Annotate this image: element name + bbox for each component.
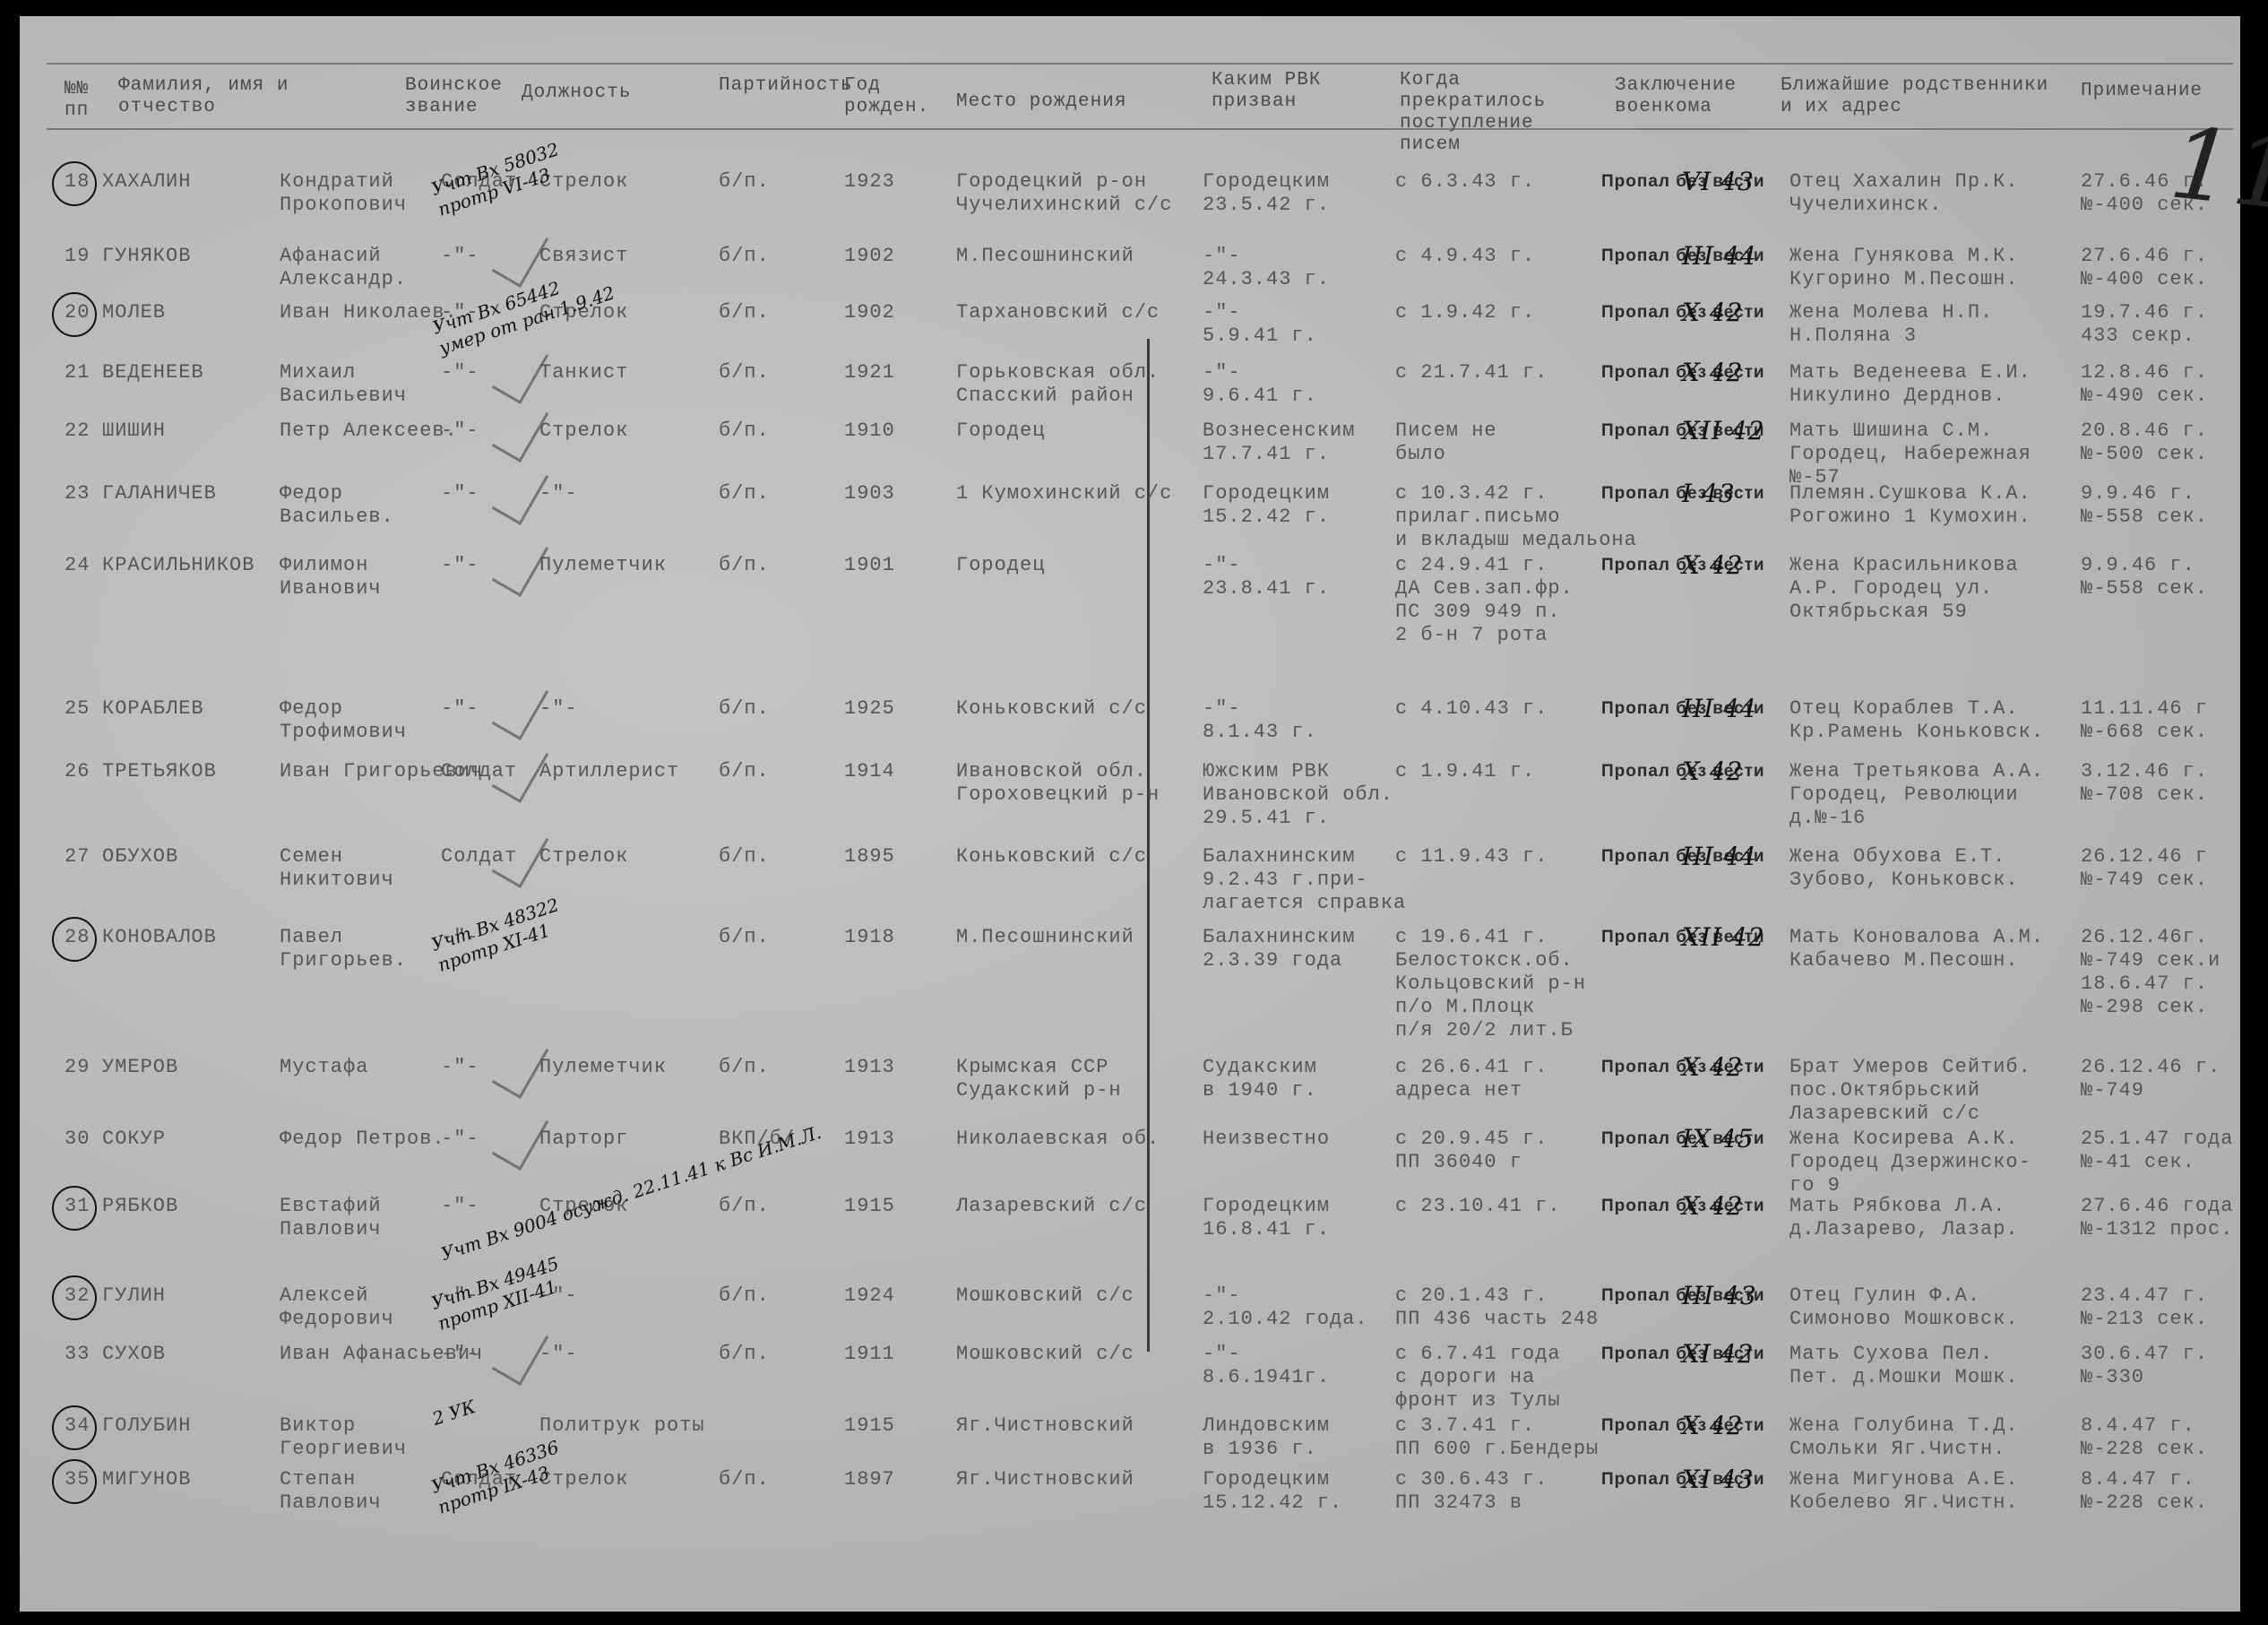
last-contact: с 6.7.41 года с дороги на фронт из Тулы xyxy=(1395,1343,1561,1413)
position: -"- xyxy=(539,1343,578,1366)
birthplace: Ивановской обл. Гороховецкий р-н xyxy=(956,760,1160,807)
note: 27.6.46 года №-1312 прос. xyxy=(2081,1195,2233,1241)
handwritten-mark: III 43 xyxy=(1682,1284,1757,1308)
position: -"- xyxy=(539,697,578,721)
surname: СОКУР xyxy=(102,1128,166,1151)
surname: ГУНЯКОВ xyxy=(102,245,191,268)
party: б/п. xyxy=(719,697,770,721)
birthplace: Коньковский с/с xyxy=(956,697,1147,721)
birth-year: 1897 xyxy=(844,1468,895,1491)
given-names: Павел Григорьев. xyxy=(280,926,407,972)
rank: -"- xyxy=(441,245,479,268)
last-contact: с 23.10.41 г. xyxy=(1395,1195,1561,1218)
relatives: Жена Гунякова М.К. Кугорино М.Песошн. xyxy=(1789,245,2019,291)
party: б/п. xyxy=(719,1056,770,1079)
called-by: Вознесенским 17.7.41 г. xyxy=(1203,419,1355,466)
birth-year: 1902 xyxy=(844,301,895,324)
called-by: Городецким 15.2.42 г. xyxy=(1203,482,1330,529)
given-names: Михаил Васильевич xyxy=(280,361,407,408)
note: 20.8.46 г. №-500 сек. xyxy=(2081,419,2208,466)
called-by: Городецким 16.8.41 г. xyxy=(1203,1195,1330,1241)
birth-year: 1902 xyxy=(844,245,895,268)
handwritten-annotation: Учт Вх 48322 протр XI-41 xyxy=(428,894,568,975)
note: 8.4.47 г. №-228 сек. xyxy=(2081,1468,2208,1515)
last-contact: с 4.10.43 г. xyxy=(1395,697,1548,721)
rank: -"- xyxy=(441,554,479,577)
surname: ГОЛУБИН xyxy=(102,1414,191,1438)
birth-year: 1918 xyxy=(844,926,895,949)
note: 25.1.47 года №-41 сек. xyxy=(2081,1128,2233,1174)
given-names: Кондратий Прокопович xyxy=(280,170,407,217)
handwritten-mark: III 44 xyxy=(1682,245,1757,268)
birthplace: 1 Кумохинский с/с xyxy=(956,482,1172,506)
header-party: Партийность xyxy=(719,75,817,97)
handwritten-annotation: Учт Вх 9004 осужд. 22.11.41 к Вс И.М.Л. xyxy=(438,1121,824,1265)
note: 19.7.46 г. 433 секр. xyxy=(2081,301,2208,348)
last-contact: с 20.1.43 г. ПП 436 часть 248 xyxy=(1395,1284,1599,1331)
last-contact: с 1.9.41 г. xyxy=(1395,760,1535,783)
surname: МИГУНОВ xyxy=(102,1468,191,1491)
position: Танкист xyxy=(539,361,628,385)
row-number: 22 xyxy=(65,419,90,443)
circled-number-mark xyxy=(52,1186,97,1231)
given-names: Федор Трофимович xyxy=(280,697,407,744)
circled-number-mark xyxy=(52,1459,97,1504)
handwritten-annotation: Учт Вх 46336 протр IX-43 xyxy=(428,1436,568,1517)
birthplace: Лазаревский с/с xyxy=(956,1195,1147,1218)
handwritten-mark: VI 43 xyxy=(1682,170,1755,194)
relatives: Племян.Сушкова К.А. Рогожино 1 Кумохин. xyxy=(1789,482,2031,529)
party: б/п. xyxy=(719,482,770,506)
handwritten-mark: X 42 xyxy=(1682,554,1743,577)
handwritten-mark: X 42 xyxy=(1682,1056,1743,1079)
birthplace: Мошковский с/с xyxy=(956,1343,1134,1366)
birth-year: 1925 xyxy=(844,697,895,721)
row-number: 30 xyxy=(65,1128,90,1151)
handwritten-mark: XII 42 xyxy=(1682,926,1765,949)
relatives: Жена Красильникова А.Р. Городец ул. Октя… xyxy=(1789,554,2019,624)
party: б/п. xyxy=(719,1284,770,1308)
handwritten-annotation: Учт Вх 49445 протр XII-41 xyxy=(428,1252,568,1334)
given-names: Виктор Георгиевич xyxy=(280,1414,407,1461)
relatives: Отец Кораблев Т.А. Кр.Рамень Коньковск. xyxy=(1789,697,2044,744)
given-names: Федор Петров. xyxy=(280,1128,445,1151)
party: б/п. xyxy=(719,419,770,443)
birthplace: М.Песошнинский xyxy=(956,245,1134,268)
surname: ВЕДЕНЕЕВ xyxy=(102,361,204,385)
relatives: Жена Голубина Т.Д. Смольки Яг.Чистн. xyxy=(1789,1414,2019,1461)
handwritten-mark: X 42 xyxy=(1682,1195,1743,1218)
given-names: Федор Васильев. xyxy=(280,482,394,529)
birthplace: Городец xyxy=(956,554,1045,577)
circled-number-mark xyxy=(52,1275,97,1320)
birthplace: Крымская ССР Судакский р-н xyxy=(956,1056,1122,1102)
given-names: Афанасий Александр. xyxy=(280,245,407,291)
handwritten-mark: XI 43 xyxy=(1682,1468,1755,1491)
surname: ГУЛИН xyxy=(102,1284,166,1308)
surname: КРАСИЛЬНИКОВ xyxy=(102,554,254,577)
relatives: Мать Веденеева Е.И. Никулино Дерднов. xyxy=(1789,361,2031,408)
relatives: Отец Хахалин Пр.К. Чучелихинск. xyxy=(1789,170,2019,217)
birthplace: Тархановский с/с xyxy=(956,301,1160,324)
called-by: -"- 9.6.41 г. xyxy=(1203,361,1317,408)
header-called-by: Каким РВК призван xyxy=(1212,70,1364,113)
note: 26.12.46 г. №-749 xyxy=(2081,1056,2221,1102)
last-contact: с 4.9.43 г. xyxy=(1395,245,1535,268)
party: б/п. xyxy=(719,170,770,194)
relatives: Жена Косирева А.К. Городец Дзержинско- г… xyxy=(1789,1128,2031,1197)
relatives: Мать Коновалова А.М. Кабачево М.Песошн. xyxy=(1789,926,2044,972)
header-relatives: Ближайшие родственники и их адрес xyxy=(1781,75,2049,118)
birth-year: 1910 xyxy=(844,419,895,443)
handwritten-mark: X 42 xyxy=(1682,361,1743,385)
surname: ГАЛАНИЧЕВ xyxy=(102,482,217,506)
row-number: 24 xyxy=(65,554,90,577)
called-by: Неизвестно xyxy=(1203,1128,1330,1151)
rank: -"- xyxy=(441,419,479,443)
relatives: Мать Сухова Пел. Пет. д.Мошки Мошк. xyxy=(1789,1343,2019,1389)
note: 27.6.46 г. №-400 сек. xyxy=(2081,170,2208,217)
birthplace: Городецкий р-он Чучелихинский с/с xyxy=(956,170,1172,217)
position: Пулеметчик xyxy=(539,554,667,577)
called-by: Судакским в 1940 г. xyxy=(1203,1056,1317,1102)
header-conclusion: Заключение военкома xyxy=(1615,75,1776,118)
called-by: Балахнинским 2.3.39 года xyxy=(1203,926,1355,972)
party: б/п. xyxy=(719,1343,770,1366)
note: 26.12.46г. №-749 сек.и 18.6.47 г. №-298 … xyxy=(2081,926,2221,1019)
rank: -"- xyxy=(441,1128,479,1151)
birthplace: М.Песошнинский xyxy=(956,926,1134,949)
surname: КОНОВАЛОВ xyxy=(102,926,217,949)
header-birthplace: Место рождения xyxy=(956,91,1162,113)
party: б/п. xyxy=(719,361,770,385)
header-bottom-rule xyxy=(47,128,2233,130)
rank: -"- xyxy=(441,1195,479,1218)
surname: УМЕРОВ xyxy=(102,1056,178,1079)
header-top-rule xyxy=(47,63,2233,65)
birthplace: Мошковский с/с xyxy=(956,1284,1134,1308)
last-contact: с 19.6.41 г. Белостокск.об. Кольцовский … xyxy=(1395,926,1586,1042)
header-num: №№ пп xyxy=(65,79,100,122)
circled-number-mark xyxy=(52,292,97,337)
last-contact: с 21.7.41 г. xyxy=(1395,361,1548,385)
birthplace: Городец xyxy=(956,419,1045,443)
surname: ТРЕТЬЯКОВ xyxy=(102,760,217,783)
position: Стрелок xyxy=(539,845,628,869)
called-by: Линдовским в 1936 г. xyxy=(1203,1414,1330,1461)
rank: -"- xyxy=(441,1056,479,1079)
birthplace: Николаевская об. xyxy=(956,1128,1160,1151)
called-by: -"- 8.1.43 г. xyxy=(1203,697,1317,744)
document-sheet: №№ пп Фамилия, имя и отчество Воинское з… xyxy=(20,16,2240,1612)
called-by: -"- 8.6.1941г. xyxy=(1203,1343,1330,1389)
given-names: Семен Никитович xyxy=(280,845,394,892)
header-position: Должность xyxy=(522,82,647,104)
birth-year: 1913 xyxy=(844,1056,895,1079)
party: б/п. xyxy=(719,554,770,577)
row-number: 27 xyxy=(65,845,90,869)
given-names: Филимон Иванович xyxy=(280,554,382,601)
birth-year: 1903 xyxy=(844,482,895,506)
circled-number-mark xyxy=(52,1405,97,1450)
surname: СУХОВ xyxy=(102,1343,166,1366)
rank: -"- xyxy=(441,361,479,385)
last-contact: с 6.3.43 г. xyxy=(1395,170,1535,194)
given-names: Степан Павлович xyxy=(280,1468,382,1515)
relatives: Мать Рябкова Л.А. д.Лазарево, Лазар. xyxy=(1789,1195,2019,1241)
called-by: Балахнинским 9.2.43 г.при- лагается спра… xyxy=(1203,845,1406,915)
last-contact: с 3.7.41 г. ПП 600 г.Бендеры xyxy=(1395,1414,1599,1461)
last-contact: с 20.9.45 г. ПП 36040 г xyxy=(1395,1128,1548,1174)
birth-year: 1915 xyxy=(844,1195,895,1218)
party: б/п. xyxy=(719,845,770,869)
called-by: -"- 5.9.41 г. xyxy=(1203,301,1317,348)
last-contact: с 1.9.42 г. xyxy=(1395,301,1535,324)
birth-year: 1924 xyxy=(844,1284,895,1308)
party: б/п. xyxy=(719,1468,770,1491)
position: Артиллерист xyxy=(539,760,679,783)
position: -"- xyxy=(539,482,578,506)
row-number: 26 xyxy=(65,760,90,783)
birthplace: Коньковский с/с xyxy=(956,845,1147,869)
note: 9.9.46 г. №-558 сек. xyxy=(2081,554,2208,601)
position: Связист xyxy=(539,245,628,268)
position: Пулеметчик xyxy=(539,1056,667,1079)
birthplace: Яг.Чистновский xyxy=(956,1414,1134,1438)
handwritten-annotation: Учт Вх 58032 протр VI-43 xyxy=(428,138,568,220)
birth-year: 1915 xyxy=(844,1414,895,1438)
note: 26.12.46 г №-749 сек. xyxy=(2081,845,2208,892)
given-names: Мустафа xyxy=(280,1056,368,1079)
last-contact: с 30.6.43 г. ПП 32473 в xyxy=(1395,1468,1548,1515)
row-number: 23 xyxy=(65,482,90,506)
handwritten-annotation: 2 УК xyxy=(429,1396,478,1430)
note: 23.4.47 г. №-213 сек. xyxy=(2081,1284,2208,1331)
party: б/п. xyxy=(719,926,770,949)
birth-year: 1921 xyxy=(844,361,895,385)
relatives: Жена Молева Н.П. Н.Поляна 3 xyxy=(1789,301,1993,348)
relatives: Жена Обухова Е.Т. Зубово, Коньковск. xyxy=(1789,845,2019,892)
handwritten-mark: X 42 xyxy=(1682,1414,1743,1438)
circled-number-mark xyxy=(52,917,97,962)
position: Политрук роты xyxy=(539,1414,705,1438)
relatives: Мать Шишина С.М. Городец, Набережная №-5… xyxy=(1789,419,2031,489)
last-contact: с 24.9.41 г. ДА Сев.зап.фр. ПС 309 949 п… xyxy=(1395,554,1574,647)
handwritten-mark: III 44 xyxy=(1682,697,1757,721)
birth-year: 1913 xyxy=(844,1128,895,1151)
rank: -"- xyxy=(441,697,479,721)
note: 3.12.46 г. №-708 сек. xyxy=(2081,760,2208,807)
note: 12.8.46 г. №-490 сек. xyxy=(2081,361,2208,408)
given-names: Евстафий Павлович xyxy=(280,1195,382,1241)
birth-year: 1901 xyxy=(844,554,895,577)
birth-year: 1914 xyxy=(844,760,895,783)
note: 9.9.46 г. №-558 сек. xyxy=(2081,482,2208,529)
circled-number-mark xyxy=(52,161,97,206)
handwritten-mark: III 44 xyxy=(1682,845,1757,869)
surname: ХАХАЛИН xyxy=(102,170,191,194)
row-number: 19 xyxy=(65,245,90,268)
party: б/п. xyxy=(719,760,770,783)
given-names: Алексей Федорович xyxy=(280,1284,394,1331)
note: 30.6.47 г. №-330 xyxy=(2081,1343,2208,1389)
last-contact: Писем не было xyxy=(1395,419,1497,466)
birth-year: 1923 xyxy=(844,170,895,194)
handwritten-mark: XII 42 xyxy=(1682,419,1765,443)
handwritten-mark: IX 45 xyxy=(1682,1128,1755,1151)
surname: РЯБКОВ xyxy=(102,1195,178,1218)
note: 8.4.47 г. №-228 сек. xyxy=(2081,1414,2208,1461)
handwritten-mark: X 42 xyxy=(1682,760,1743,783)
position: Парторг xyxy=(539,1128,628,1151)
rank: -"- xyxy=(441,1343,479,1366)
called-by: Южским РВК Ивановской обл. 29.5.41 г. xyxy=(1203,760,1393,830)
surname: ОБУХОВ xyxy=(102,845,178,869)
row-number: 21 xyxy=(65,361,90,385)
position: Стрелок xyxy=(539,419,628,443)
row-number: 29 xyxy=(65,1056,90,1079)
party: б/п. xyxy=(719,1195,770,1218)
called-by: -"- 2.10.42 года. xyxy=(1203,1284,1368,1331)
rank: -"- xyxy=(441,482,479,506)
header-rank: Воинское звание xyxy=(405,75,513,118)
handwritten-mark: X 42 xyxy=(1682,301,1743,324)
surname: КОРАБЛЕВ xyxy=(102,697,204,721)
header-note: Примечание xyxy=(2081,81,2179,102)
birth-year: 1895 xyxy=(844,845,895,869)
called-by: -"- 24.3.43 г. xyxy=(1203,245,1330,291)
header-year: Год рожден. xyxy=(844,75,925,118)
party: б/п. xyxy=(719,245,770,268)
last-contact: с 11.9.43 г. xyxy=(1395,845,1548,869)
relatives: Жена Мигунова А.Е. Кобелево Яг.Чистн. xyxy=(1789,1468,2019,1515)
party: б/п. xyxy=(719,301,770,324)
called-by: Городецким 15.12.42 г. xyxy=(1203,1468,1342,1515)
surname: МОЛЕВ xyxy=(102,301,166,324)
handwritten-mark: I 43 xyxy=(1682,482,1736,506)
row-number: 25 xyxy=(65,697,90,721)
relatives: Брат Умеров Сейтиб. пос.Октябрьский Лаза… xyxy=(1789,1056,2031,1126)
handwritten-mark: XI 42 xyxy=(1682,1343,1755,1366)
relatives: Жена Третьякова А.А. Городец, Революции … xyxy=(1789,760,2044,830)
row-number: 33 xyxy=(65,1343,90,1366)
last-contact: с 26.6.41 г. адреса нет xyxy=(1395,1056,1548,1102)
note: 11.11.46 г №-668 сек. xyxy=(2081,697,2208,744)
relatives: Отец Гулин Ф.А. Симоново Мошковск. xyxy=(1789,1284,2019,1331)
given-names: Петр Алексеев. xyxy=(280,419,458,443)
birth-year: 1911 xyxy=(844,1343,895,1366)
birthplace: Горьковская обл. Спасский район xyxy=(956,361,1160,408)
called-by: -"- 23.8.41 г. xyxy=(1203,554,1330,601)
surname: ШИШИН xyxy=(102,419,166,443)
header-name: Фамилия, имя и отчество xyxy=(118,75,351,118)
birthplace: Яг.Чистновский xyxy=(956,1468,1134,1491)
note: 27.6.46 г. №-400 сек. xyxy=(2081,245,2208,291)
called-by: Городецким 23.5.42 г. xyxy=(1203,170,1330,217)
header-left-from: Когда прекратилось поступление писем xyxy=(1400,70,1579,156)
